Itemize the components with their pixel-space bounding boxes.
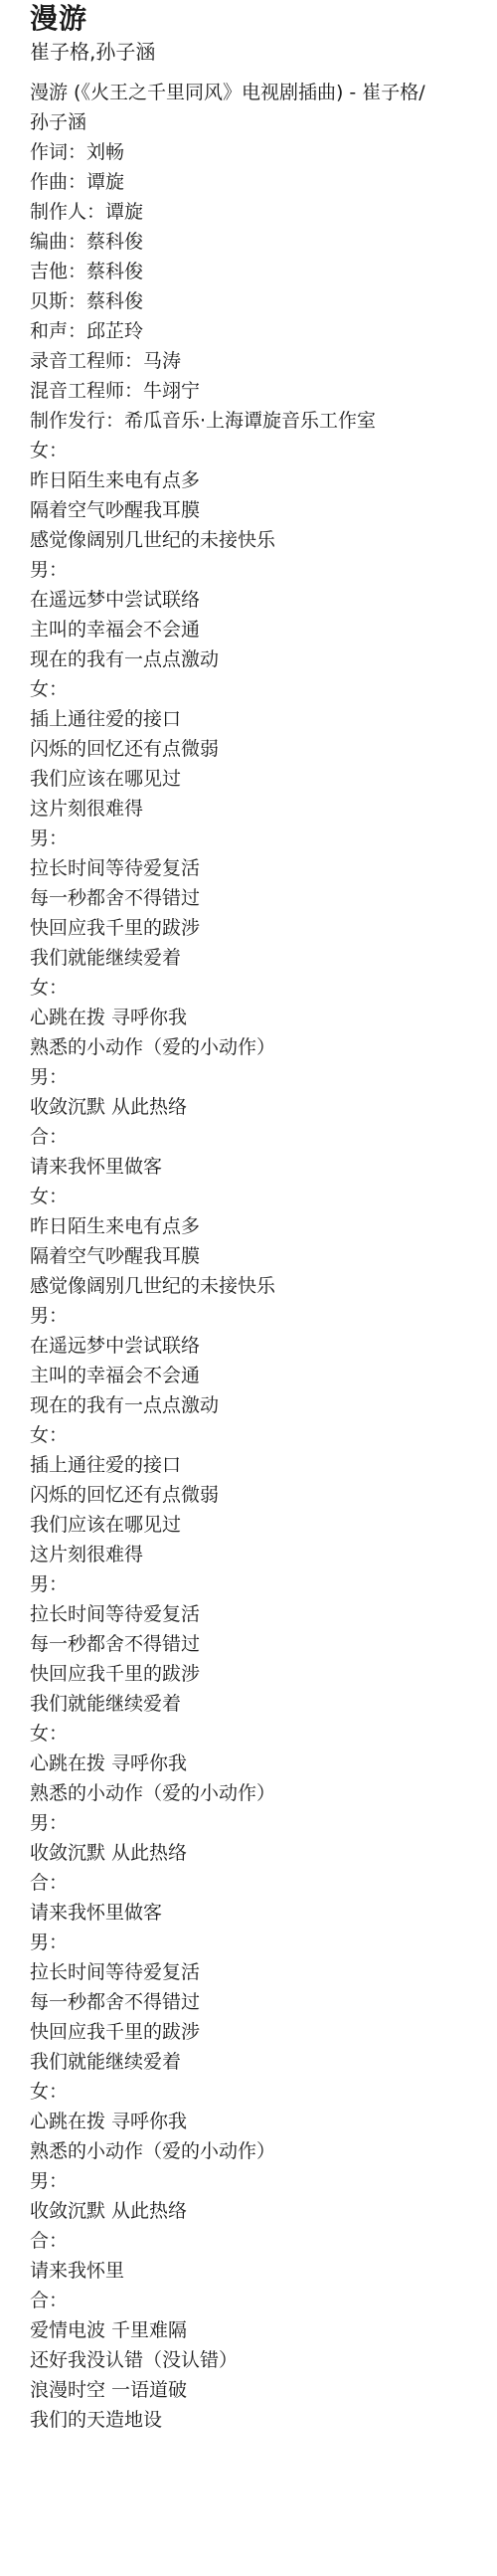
lyric-line: 漫游 (《火王之千里同风》电视剧插曲) - 崔子格/孙子涵: [30, 78, 427, 137]
lyric-line: 吉他：蔡科俊: [30, 257, 427, 286]
lyric-line: 隔着空气吵醒我耳膜: [30, 495, 427, 525]
lyric-line: 女：: [30, 2077, 427, 2107]
lyric-line: 在遥远梦中尝试联络: [30, 585, 427, 615]
lyric-line: 熟悉的小动作（爱的小动作）: [30, 2136, 427, 2166]
lyric-line: 我们应该在哪见过: [30, 764, 427, 794]
song-title: 漫游: [30, 2, 497, 36]
lyric-line: 插上通往爱的接口: [30, 704, 427, 734]
lyric-line: 隔着空气吵醒我耳膜: [30, 1241, 427, 1271]
lyric-line: 收敛沉默 从此热络: [30, 1092, 427, 1122]
lyric-line: 男：: [30, 1569, 427, 1599]
lyric-line: 女：: [30, 1420, 427, 1450]
lyric-line: 每一秒都舍不得错过: [30, 1987, 427, 2017]
lyric-line: 请来我怀里做客: [30, 1898, 427, 1928]
lyric-line: 男：: [30, 824, 427, 853]
lyric-line: 我们的天造地设: [30, 2405, 427, 2435]
lyric-line: 男：: [30, 1808, 427, 1838]
lyric-line: 熟悉的小动作（爱的小动作）: [30, 1032, 427, 1062]
lyric-line: 我们就能继续爱着: [30, 943, 427, 973]
lyric-line: 请来我怀里做客: [30, 1152, 427, 1182]
lyric-line: 每一秒都舍不得错过: [30, 883, 427, 913]
lyric-line: 插上通往爱的接口: [30, 1450, 427, 1480]
lyric-line: 快回应我千里的跋涉: [30, 913, 427, 943]
lyric-line: 快回应我千里的跋涉: [30, 2017, 427, 2047]
lyric-line: 我们应该在哪见过: [30, 1510, 427, 1540]
lyric-line: 女：: [30, 674, 427, 704]
lyric-line: 合：: [30, 1122, 427, 1152]
lyric-line: 闪烁的回忆还有点微弱: [30, 1480, 427, 1510]
lyric-line: 编曲：蔡科俊: [30, 227, 427, 257]
lyric-line: 昨日陌生来电有点多: [30, 1211, 427, 1241]
lyric-line: 在遥远梦中尝试联络: [30, 1331, 427, 1361]
lyric-line: 女：: [30, 1719, 427, 1748]
lyric-line: 我们就能继续爱着: [30, 1689, 427, 1719]
lyric-line: 男：: [30, 2166, 427, 2196]
lyric-line: 和声：邱芷玲: [30, 316, 427, 346]
lyric-line: 混音工程师：牛翊宁: [30, 376, 427, 406]
lyric-line: 拉长时间等待爱复活: [30, 853, 427, 883]
lyric-line: 制作人：谭旋: [30, 197, 427, 227]
lyric-line: 女：: [30, 1182, 427, 1211]
lyric-line: 作词：刘畅: [30, 137, 427, 167]
lyric-line: 这片刻很难得: [30, 1540, 427, 1569]
lyric-line: 合：: [30, 2226, 427, 2256]
lyric-line: 请来我怀里: [30, 2256, 427, 2286]
lyrics-body: 漫游 (《火王之千里同风》电视剧插曲) - 崔子格/孙子涵作词：刘畅作曲：谭旋制…: [30, 78, 427, 2435]
lyric-line: 作曲：谭旋: [30, 167, 427, 197]
lyric-line: 昨日陌生来电有点多: [30, 465, 427, 495]
lyric-line: 收敛沉默 从此热络: [30, 2196, 427, 2226]
lyric-line: 我们就能继续爱着: [30, 2047, 427, 2077]
lyric-line: 心跳在拨 寻呼你我: [30, 2107, 427, 2136]
lyric-line: 心跳在拨 寻呼你我: [30, 1748, 427, 1778]
lyric-line: 贝斯：蔡科俊: [30, 286, 427, 316]
lyric-line: 这片刻很难得: [30, 794, 427, 824]
lyric-line: 快回应我千里的跋涉: [30, 1659, 427, 1689]
lyric-line: 男：: [30, 1062, 427, 1092]
lyric-line: 闪烁的回忆还有点微弱: [30, 734, 427, 764]
lyric-line: 爱情电波 千里难隔: [30, 2315, 427, 2345]
lyric-line: 收敛沉默 从此热络: [30, 1838, 427, 1868]
lyric-line: 拉长时间等待爱复活: [30, 1957, 427, 1987]
lyric-line: 录音工程师：马涛: [30, 346, 427, 376]
lyric-line: 男：: [30, 1301, 427, 1331]
lyrics-page: 漫游 崔子格,孙子涵 漫游 (《火王之千里同风》电视剧插曲) - 崔子格/孙子涵…: [0, 2, 497, 2435]
lyric-line: 现在的我有一点点激动: [30, 1390, 427, 1420]
lyric-line: 每一秒都舍不得错过: [30, 1629, 427, 1659]
lyric-line: 制作发行：希瓜音乐·上海谭旋音乐工作室: [30, 406, 427, 436]
lyric-line: 现在的我有一点点激动: [30, 644, 427, 674]
lyric-line: 感觉像阔别几世纪的未接快乐: [30, 1271, 427, 1301]
lyric-line: 主叫的幸福会不会通: [30, 1361, 427, 1390]
lyric-line: 男：: [30, 1928, 427, 1957]
lyric-line: 还好我没认错（没认错）: [30, 2345, 427, 2375]
lyric-line: 女：: [30, 436, 427, 465]
lyric-line: 合：: [30, 1868, 427, 1898]
lyric-line: 心跳在拨 寻呼你我: [30, 1003, 427, 1032]
lyric-line: 熟悉的小动作（爱的小动作）: [30, 1778, 427, 1808]
lyric-line: 拉长时间等待爱复活: [30, 1599, 427, 1629]
lyric-line: 女：: [30, 973, 427, 1003]
lyric-line: 合：: [30, 2286, 427, 2315]
song-artist: 崔子格,孙子涵: [30, 38, 497, 66]
lyric-line: 男：: [30, 555, 427, 585]
lyric-line: 感觉像阔别几世纪的未接快乐: [30, 525, 427, 555]
lyric-line: 主叫的幸福会不会通: [30, 615, 427, 644]
lyric-line: 浪漫时空 一语道破: [30, 2375, 427, 2405]
